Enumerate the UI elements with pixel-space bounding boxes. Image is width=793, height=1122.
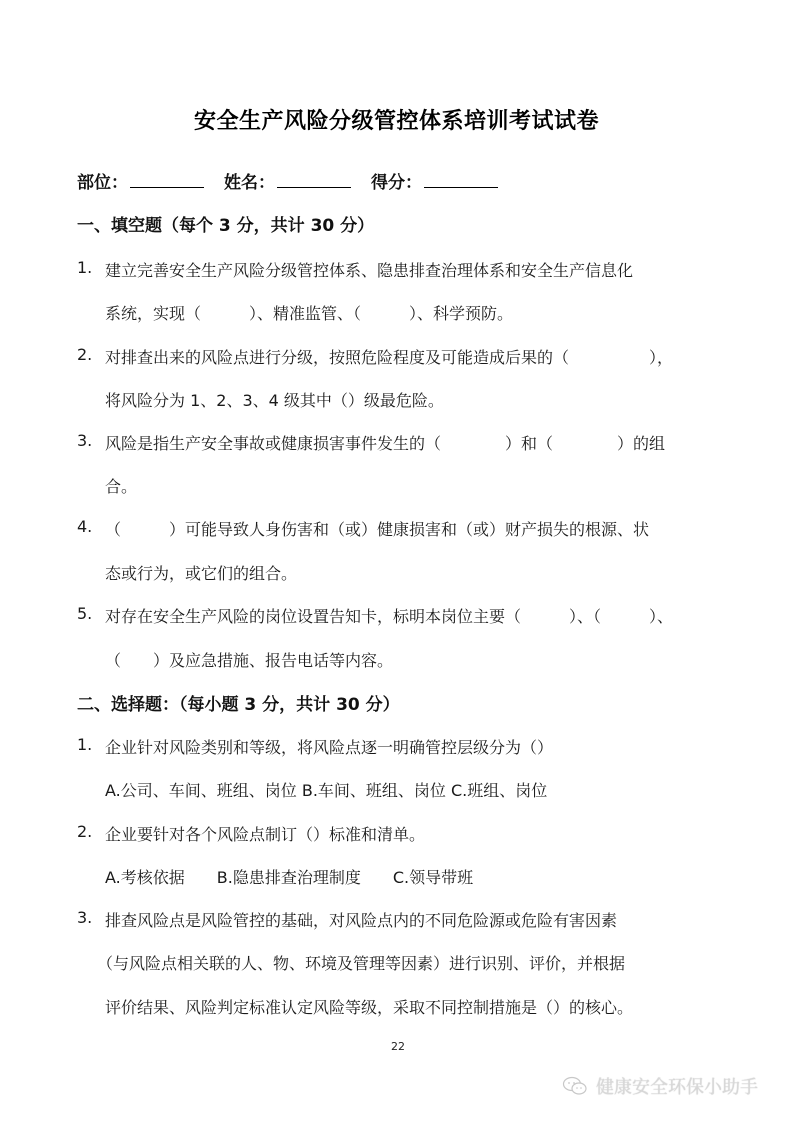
question-line: 企业针对风险类别和等级，将风险点逐一明确管控层级分为（） [105,735,553,758]
name-field: 姓名： [224,168,351,193]
department-label: 部位： [77,168,128,193]
question-options: A.公司、车间、班组、岗位 B.车间、班组、岗位 C.班组、岗位 [105,778,547,801]
question-line: 企业要针对各个风险点制订（）标准和清单。 [105,822,425,845]
question-number: 1. [77,258,92,277]
question-number: 4. [77,517,92,536]
watermark-text: 健康安全环保小助手 [596,1073,758,1099]
question-line: 对存在安全生产风险的岗位设置告知卡，标明本岗位主要（ ）、（ ）、 [105,604,673,627]
question-line: （ ）及应急措施、报告电话等内容。 [105,648,393,671]
exam-page: 安全生产风险分级管控体系培训考试试卷 部位： 姓名： 得分： 一、填空题（每个 … [0,0,793,1122]
question-number: 5. [77,604,92,623]
department-field: 部位： [77,168,204,193]
question-line: 合。 [105,474,137,497]
question-line: 将风险分为 1、2、3、4 级其中（）级最危险。 [105,388,444,411]
question-number: 2. [77,822,92,841]
question-line: 态或行为，或它们的组合。 [105,561,297,584]
page-number: 22 [391,1040,405,1053]
question-number: 3. [77,908,92,927]
score-label: 得分： [371,168,422,193]
wechat-icon [562,1076,588,1096]
question-line: （ ）可能导致人身伤害和（或）健康损害和（或）财产损失的根源、状 [105,517,649,540]
question-line: 评价结果、风险判定标准认定风险等级，采取不同控制措施是（）的核心。 [105,995,633,1018]
question-number: 3. [77,431,92,450]
examinee-info-row: 部位： 姓名： 得分： [77,168,518,193]
score-field: 得分： [371,168,498,193]
question-number: 2. [77,345,92,364]
section-heading-multiple-choice: 二、选择题：（每小题 3 分，共计 30 分） [77,690,400,715]
watermark: 健康安全环保小助手 [562,1073,758,1099]
name-label: 姓名： [224,168,275,193]
question-line: 排查风险点是风险管控的基础，对风险点内的不同危险源或危险有害因素 [105,908,617,931]
question-options: A.考核依据 B.隐患排查治理制度 C.领导带班 [105,865,473,888]
question-line: 系统，实现（ ）、精准监管、（ ）、科学预防。 [105,301,513,324]
name-blank[interactable] [277,173,351,188]
section-heading-fill-blank: 一、填空题（每个 3 分，共计 30 分） [77,211,374,236]
score-blank[interactable] [424,173,498,188]
question-line: 风险是指生产安全事故或健康损害事件发生的（ ）和（ ）的组 [105,431,665,454]
exam-title: 安全生产风险分级管控体系培训考试试卷 [0,104,793,135]
question-line: 建立完善安全生产风险分级管控体系、隐患排查治理体系和安全生产信息化 [105,258,633,281]
question-line: （与风险点相关联的人、物、环境及管理等因素）进行识别、评价，并根据 [97,951,625,974]
question-line: 对排查出来的风险点进行分级，按照危险程度及可能造成后果的（ ）， [105,345,673,368]
question-number: 1. [77,735,92,754]
department-blank[interactable] [130,173,204,188]
